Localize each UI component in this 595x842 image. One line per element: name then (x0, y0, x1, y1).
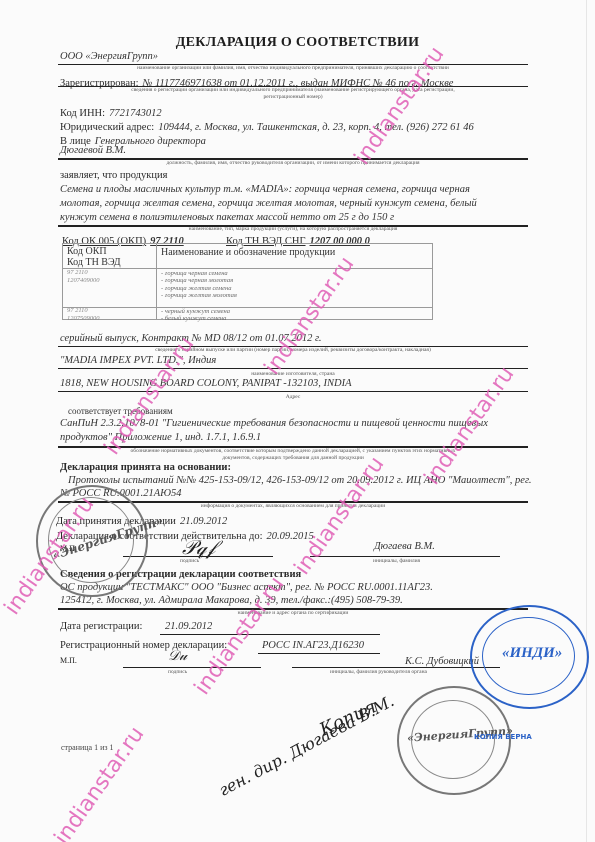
person-name: Дюгаевой В.М. (60, 145, 126, 156)
table-row-2-codes: 97 2110 1207509000 (67, 307, 100, 323)
row-okp: 97 2110 (67, 269, 100, 277)
reg-number-label: Регистрационный номер декларации: (60, 640, 227, 651)
watermark: indianstar.ru (350, 42, 450, 169)
organization-hint: наименование организации или фамилия, им… (58, 65, 528, 71)
list-item: - белый кунжут семена (161, 315, 230, 322)
reg-number-line (258, 653, 380, 654)
reg-date-value: 21.09.2012 (165, 621, 212, 632)
standard-line-2: продуктов" Приложение 1, инд. 1.7.1, 1.6… (60, 432, 261, 443)
list-item: - черный кунжут семена (161, 308, 230, 315)
declaration-page: ДЕКЛАРАЦИЯ О СООТВЕТСТВИИ ООО «ЭнергияГр… (0, 0, 595, 842)
reg-signer-line (292, 667, 500, 668)
registration-hint: сведения о регистрации организации или и… (58, 87, 528, 93)
manufacturer-name: "MADIA IMPEX PVT. LTD.", Индия (60, 355, 216, 366)
list-item: - горчица желтая семена (161, 285, 237, 292)
list-item: - горчица черная молотая (161, 277, 237, 284)
organization-name: ООО «ЭнергияГрупп» (60, 51, 158, 62)
header-tnved: Код ТН ВЭД (67, 257, 121, 268)
list-item: - горчица желтая молотая (161, 292, 237, 299)
certification-stamp: «ИНДИ» (470, 605, 589, 709)
person-hint: должность, фамилия, имя, отчество руково… (58, 160, 528, 166)
document-title: ДЕКЛАРАЦИЯ О СООТВЕТСТВИИ (0, 35, 595, 51)
declarant-signature: 𝒫𝓆𝒻 (182, 535, 215, 559)
table-row-2-items: - черный кунжут семена - белый кунжут се… (161, 308, 230, 323)
certification-stamp-text: «ИНДИ» (502, 645, 562, 662)
registration-body-2: 125412, г. Москва, ул. Адмирала Макарова… (60, 595, 403, 606)
reg-signer: К.С. Дубовицкий (405, 656, 479, 667)
product-line-1: Семена и плоды масличных культур т.м. «M… (60, 184, 470, 195)
signature-line-2 (123, 667, 261, 668)
reg-signer-hint: инициалы, фамилия руководителя органа (330, 669, 427, 675)
signer-name: Дюгаева В.М. (374, 541, 435, 552)
list-item: - горчица черная семена (161, 270, 237, 277)
reg-date-line (160, 634, 380, 635)
registration-body-hint: наименование и адрес органа по сертифика… (58, 610, 528, 616)
mp2-label: М.П. (60, 656, 77, 665)
table-row-1-codes: 97 2110 1207409000 (67, 269, 100, 285)
reg-number-value: РОСС IN.АГ23.Д16230 (262, 640, 364, 651)
signer-hint: инициалы, фамилия (373, 558, 420, 564)
handwritten-signer-note: ген. дир. Дюгаева В.М. (216, 691, 398, 800)
product-table: Код ОКП Код ТН ВЭД Наименование и обозна… (62, 243, 433, 320)
manufacturer-hint: наименование изготовителя, страна (58, 371, 528, 377)
manufacturer-address: 1818, NEW HOUSING BOARD COLONY, PANIPAT … (60, 378, 352, 389)
reg-date-label: Дата регистрации: (60, 621, 142, 632)
registrar-signature: 𝒟𝓊 (168, 648, 187, 664)
row-tnved: 1207409000 (67, 277, 100, 285)
manufacturer-address-hint: Адрес (58, 394, 528, 400)
product-line-3: кунжут семена в полиэтиленовых пакетах м… (60, 212, 394, 223)
signature-hint-2: подпись (168, 669, 187, 675)
signer-line (310, 556, 500, 557)
registration-hint-2: регистрационный номер) (58, 94, 528, 100)
basis-heading: Декларация принята на основании: (60, 462, 231, 473)
page-counter: страница 1 из 1 (61, 743, 114, 752)
scan-edge (586, 0, 587, 842)
declares-label: заявляет, что продукция (60, 170, 167, 181)
header-okp: Код ОКП (67, 246, 121, 257)
table-header-name: Наименование и обозначение продукции (161, 247, 335, 258)
divider (58, 391, 528, 392)
copy-true-mark: КОПИЯ ВЕРНА (474, 733, 532, 741)
product-line-2: молотая, горчица желтая семена, горчица … (60, 198, 477, 209)
divider (58, 368, 528, 369)
row-okp: 97 2110 (67, 307, 100, 315)
watermark: indianstar.ru (50, 722, 150, 842)
basis-line-1: Протоколы испытаний №№ 425-153-09/12, 42… (68, 475, 532, 486)
table-header-code: Код ОКП Код ТН ВЭД (67, 246, 121, 268)
row-tnved: 1207509000 (67, 315, 100, 323)
table-row-1-items: - горчица черная семена - горчица черная… (161, 270, 237, 300)
